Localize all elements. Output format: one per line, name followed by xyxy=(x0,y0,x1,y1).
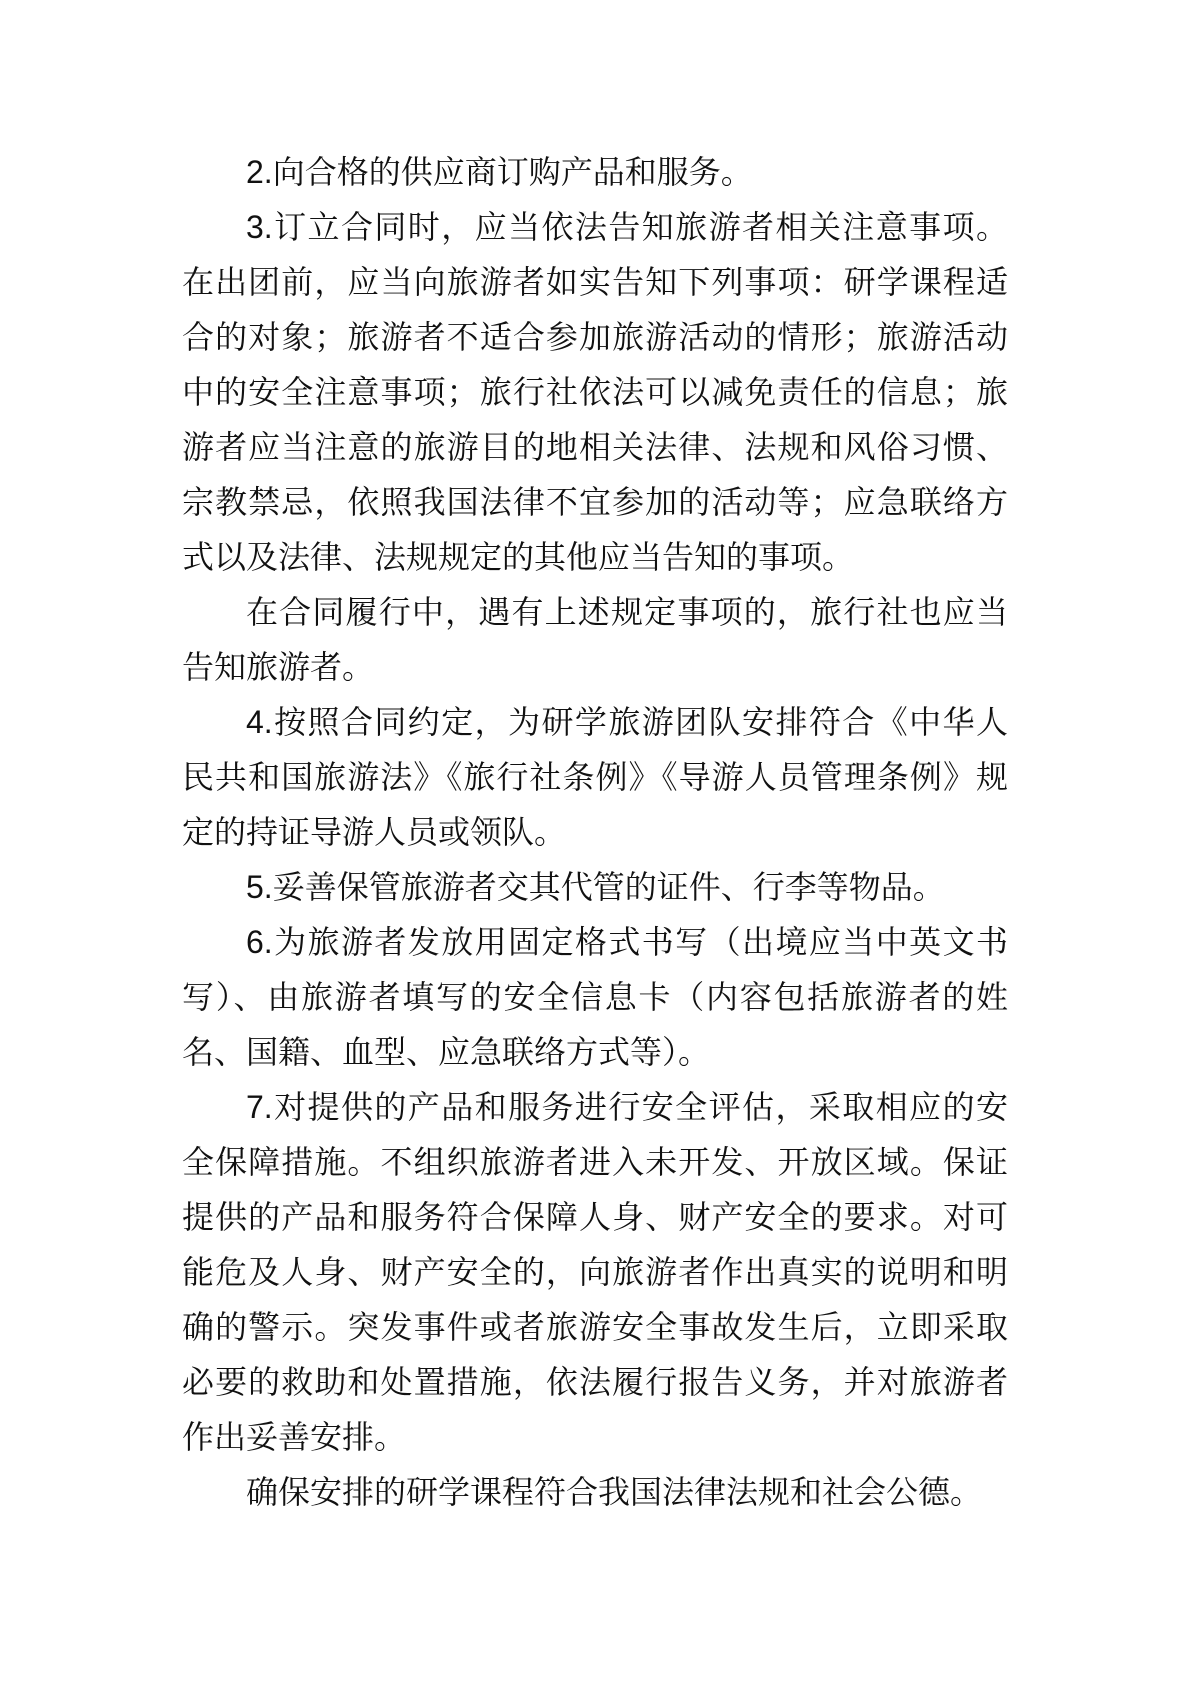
paragraph-item-7: 7.对提供的产品和服务进行安全评估，采取相应的安全保障措施。不组织旅游者进入未开… xyxy=(182,1080,1008,1465)
paragraph-item-3: 3.订立合同时，应当依法告知旅游者相关注意事项。在出团前，应当向旅游者如实告知下… xyxy=(182,200,1008,585)
paragraph-contract-notice: 在合同履行中，遇有上述规定事项的，旅行社也应当告知旅游者。 xyxy=(182,585,1008,695)
paragraph-item-4: 4.按照合同约定，为研学旅游团队安排符合《中华人民共和国旅游法》《旅行社条例》《… xyxy=(182,695,1008,860)
document-page: 2.向合格的供应商订购产品和服务。 3.订立合同时，应当依法告知旅游者相关注意事… xyxy=(0,0,1190,1682)
paragraph-item-6: 6.为旅游者发放用固定格式书写（出境应当中英文书写）、由旅游者填写的安全信息卡（… xyxy=(182,915,1008,1080)
paragraph-closing: 确保安排的研学课程符合我国法律法规和社会公德。 xyxy=(182,1465,1008,1520)
paragraph-item-2: 2.向合格的供应商订购产品和服务。 xyxy=(182,145,1008,200)
paragraph-item-5: 5.妥善保管旅游者交其代管的证件、行李等物品。 xyxy=(182,860,1008,915)
